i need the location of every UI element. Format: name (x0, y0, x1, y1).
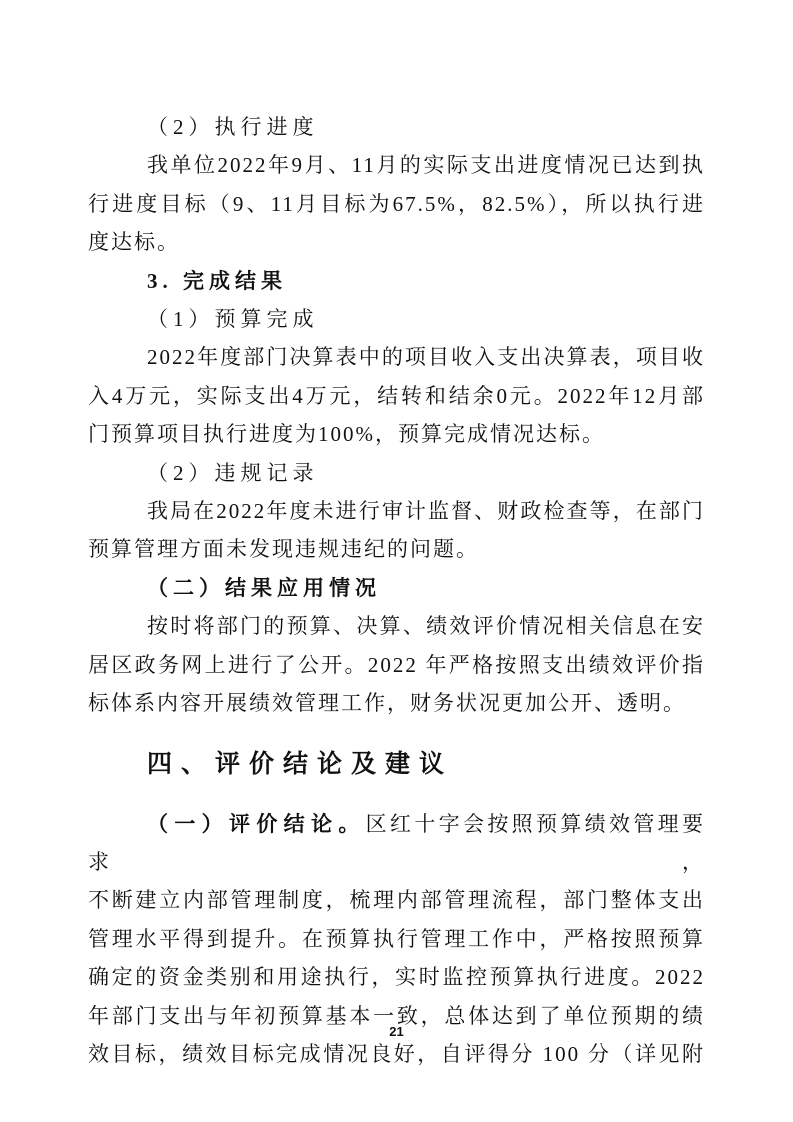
text-run: 2022年度部门决算表中的项目收入支出决算表，项目收 (147, 345, 705, 369)
document-page: （2）执行进度我单位2022年9月、11月的实际支出进度情况已达到执行进度目标（… (0, 0, 793, 1122)
page-number: 21 (88, 1024, 705, 1039)
section-heading: 四、评价结论及建议 (88, 744, 705, 785)
text-line: 按时将部门的预算、决算、绩效评价情况相关信息在安 (88, 607, 705, 645)
text-line: （1）预算完成 (88, 300, 705, 338)
text-run: 不断建立内部管理制度，梳理内部管理流程，部门整体支出 (88, 888, 705, 912)
text-line: （一）评价结论。区红十字会按照预算绩效管理要求， (88, 805, 705, 882)
text-run: 我局在2022年度未进行审计监督、财政检查等，在部门 (147, 499, 705, 523)
text-line: 预算管理方面未发现违规违纪的问题。 (88, 530, 705, 568)
text-line: （二）结果应用情况 (88, 569, 705, 607)
text-run: 按时将部门的预算、决算、绩效评价情况相关信息在安 (147, 614, 705, 638)
text-run: 度达标。 (88, 230, 180, 254)
document-body: （2）执行进度我单位2022年9月、11月的实际支出进度情况已达到执行进度目标（… (88, 108, 705, 1073)
text-run: 居区政务网上进行了公开。2022 年严格按照支出绩效评价指 (88, 653, 705, 677)
text-line: 效目标，绩效目标完成情况良好，自评得分 100 分（详见附 (88, 1035, 705, 1073)
text-line: 入4万元，实际支出4万元，结转和结余0元。2022年12月部 (88, 377, 705, 415)
text-run: 我单位2022年9月、11月的实际支出进度情况已达到执 (147, 153, 705, 177)
text-run: 门预算项目执行进度为100%，预算完成情况达标。 (88, 422, 605, 446)
text-line: 度达标。 (88, 223, 705, 261)
text-run: 3. 完成结果 (147, 269, 287, 293)
text-run: 预算管理方面未发现违规违纪的问题。 (88, 537, 479, 561)
text-run: （二）结果应用情况 (147, 576, 381, 600)
text-run: （2）执行进度 (147, 115, 319, 139)
text-run: （2）违规记录 (147, 461, 319, 485)
text-line: 我单位2022年9月、11月的实际支出进度情况已达到执 (88, 146, 705, 184)
text-line: 标体系内容开展绩效管理工作，财务状况更加公开、透明。 (88, 684, 705, 722)
text-line: 管理水平得到提升。在预算执行管理工作中，严格按照预算 (88, 920, 705, 958)
text-line: 门预算项目执行进度为100%，预算完成情况达标。 (88, 415, 705, 453)
text-run: 入4万元，实际支出4万元，结转和结余0元。2022年12月部 (88, 384, 705, 408)
text-line: 行进度目标（9、11月目标为67.5%，82.5%），所以执行进 (88, 185, 705, 223)
text-line: 3. 完成结果 (88, 262, 705, 300)
text-line: 我局在2022年度未进行审计监督、财政检查等，在部门 (88, 492, 705, 530)
text-run: 确定的资金类别和用途执行，实时监控预算执行进度。2022 (88, 965, 705, 989)
text-run: 四、评价结论及建议 (147, 750, 453, 778)
text-run: 标体系内容开展绩效管理工作，财务状况更加公开、透明。 (88, 691, 686, 715)
text-line: 居区政务网上进行了公开。2022 年严格按照支出绩效评价指 (88, 646, 705, 684)
text-run: 行进度目标（9、11月目标为67.5%，82.5%），所以执行进 (88, 192, 705, 216)
text-run: 效目标，绩效目标完成情况良好，自评得分 100 分（详见附 (88, 1042, 705, 1066)
text-run: （一）评价结论。 (147, 812, 366, 836)
text-run: 管理水平得到提升。在预算执行管理工作中，严格按照预算 (88, 927, 705, 951)
text-line: 2022年度部门决算表中的项目收入支出决算表，项目收 (88, 338, 705, 376)
text-line: 确定的资金类别和用途执行，实时监控预算执行进度。2022 (88, 958, 705, 996)
text-run: （1）预算完成 (147, 307, 319, 331)
text-line: （2）执行进度 (88, 108, 705, 146)
text-line: （2）违规记录 (88, 454, 705, 492)
text-line: 不断建立内部管理制度，梳理内部管理流程，部门整体支出 (88, 881, 705, 919)
